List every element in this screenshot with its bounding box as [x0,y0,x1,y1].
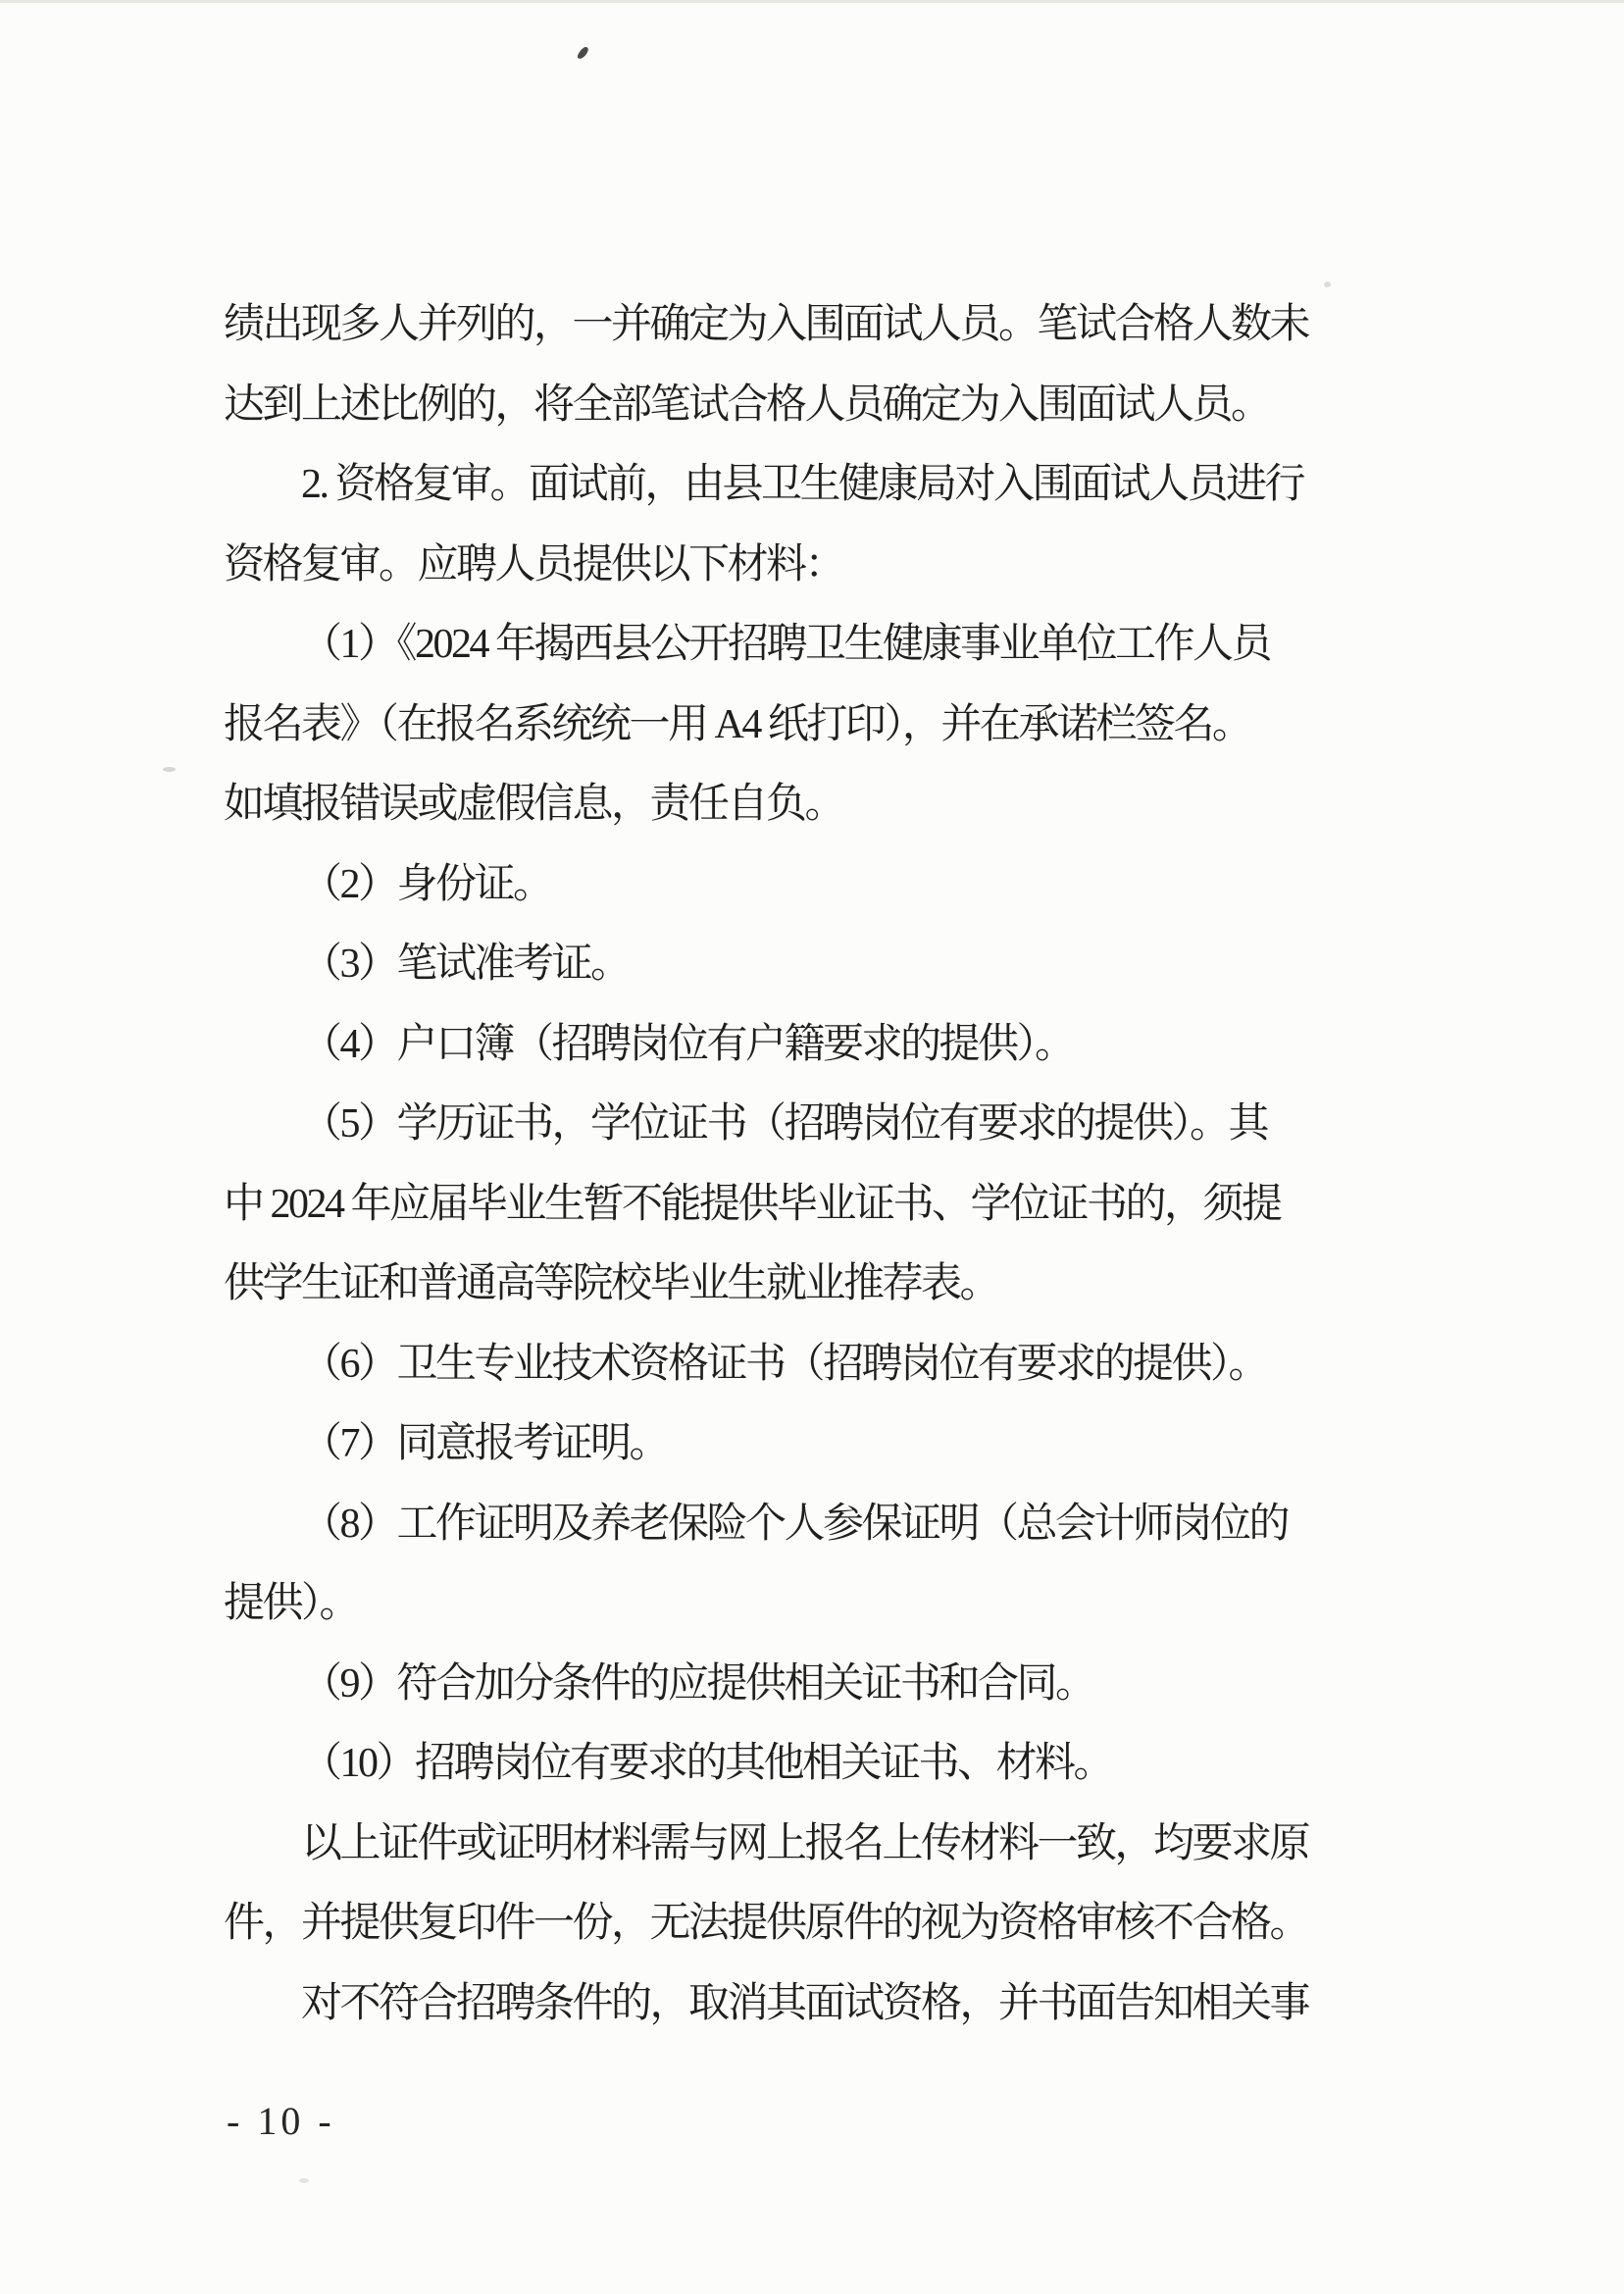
text-line: （9）符合加分条件的应提供相关证书和合同。 [224,1645,1332,1725]
text-line: 对不符合招聘条件的，取消其面试资格，并书面告知相关事 [224,1964,1332,2045]
text-line: （6）卫生专业技术资格证书（招聘岗位有要求的提供）。 [224,1325,1332,1405]
text-line: 资格复审。应聘人员提供以下材料： [224,526,1332,606]
text-line: （1）《2024 年揭西县公开招聘卫生健康事业单位工作人员 [224,605,1332,686]
text-line: （8）工作证明及养老保险个人参保证明（总会计师岗位的 [224,1485,1332,1565]
text-line: 提供）。 [224,1564,1332,1645]
text-line: 2. 资格复审。面试前，由县卫生健康局对入围面试人员进行 [224,445,1332,526]
document-page: 绩出现多人并列的，一并确定为入围面试人员。笔试合格人数未达到上述比例的，将全部笔… [0,0,1624,2294]
text-line: 达到上述比例的，将全部笔试合格人员确定为入围面试人员。 [224,366,1332,446]
text-line: （3）笔试准考证。 [224,925,1332,1005]
text-line: （7）同意报考证明。 [224,1404,1332,1485]
text-line: 供学生证和普通高等院校毕业生就业推荐表。 [224,1245,1332,1325]
text-line: 如填报错误或虚假信息，责任自负。 [224,765,1332,845]
scan-speck [163,767,176,772]
text-line: （10）招聘岗位有要求的其他相关证书、材料。 [224,1724,1332,1805]
text-line: （2）身份证。 [224,845,1332,926]
text-line: 以上证件或证明材料需与网上报名上传材料一致，均要求原 [224,1805,1332,1885]
text-line: 报名表》（在报名系统统一用 A4 纸打印），并在承诺栏签名。 [224,686,1332,766]
text-line: （5）学历证书，学位证书（招聘岗位有要求的提供）。其 [224,1085,1332,1165]
page-number: - 10 - [227,2098,335,2144]
body-text: 绩出现多人并列的，一并确定为入围面试人员。笔试合格人数未达到上述比例的，将全部笔… [224,285,1332,2044]
text-line: 件，并提供复印件一份，无法提供原件的视为资格审核不合格。 [224,1884,1332,1964]
text-line: 中 2024 年应届毕业生暂不能提供毕业证书、学位证书的，须提 [224,1165,1332,1246]
scan-speck [577,45,589,61]
scan-speck [299,2178,309,2183]
text-line: 绩出现多人并列的，一并确定为入围面试人员。笔试合格人数未 [224,285,1332,366]
text-line: （4）户口簿（招聘岗位有户籍要求的提供）。 [224,1005,1332,1086]
